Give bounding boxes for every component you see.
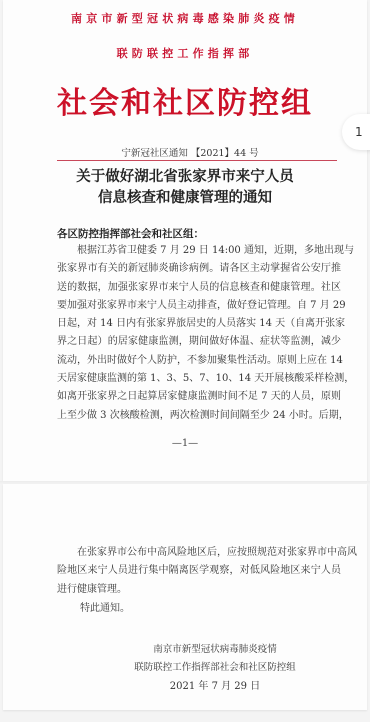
- salutation: 各区防控指挥部社会和社区组：: [57, 226, 204, 241]
- notice-title: 关于做好湖北省张家界市来宁人员 信息核查和健康管理的通知: [3, 166, 367, 208]
- body-line: 上至少做 3 次核酸检测，两次检测时间间隔至少 24 小时。后期，: [57, 407, 341, 425]
- current-page-number: 1: [355, 125, 363, 139]
- body-line: 日起，对 14 日内有张家界旅居史的人员落实 14 天（自离开张家: [57, 315, 341, 333]
- body-line: 险地区来宁人员进行集中隔离医学观察，对低风险地区来宁人员: [57, 562, 341, 580]
- body-line: 根据江苏省卫健委 7 月 29 日 14:00 通知，近期，多地出现与: [57, 242, 341, 260]
- body-text-page1: 根据江苏省卫健委 7 月 29 日 14:00 通知，近期，多地出现与 张家界市…: [57, 242, 341, 425]
- notice-title-line2: 信息核查和健康管理的通知: [3, 187, 367, 208]
- body-line: 送的数据，加强张家界市来宁人员的信息核查和健康管理。社区: [57, 279, 341, 297]
- signature-date: 2021 年 7 月 29 日: [3, 677, 367, 692]
- red-divider: [57, 160, 337, 161]
- body-line: 天居家健康监测的第 1、3、5、7、10、14 天开展核酸采样检测，: [57, 370, 341, 388]
- closing-text: 特此通知。: [80, 599, 130, 614]
- header-group-title: 社会和社区防控组: [3, 78, 367, 122]
- document-page-2: 在张家界市公布中高风险地区后，应按照规范对张家界市中高风 险地区来宁人员进行集中…: [3, 484, 367, 710]
- document-page-1: 南京市新型冠状病毒感染肺炎疫情 联防联控工作指挥部 社会和社区防控组 宁新冠社区…: [3, 0, 367, 482]
- document-number: 宁新冠社区通知 【2021】44 号: [3, 145, 367, 159]
- body-line: 界之日起）的居家健康监测，期间做好体温、症状等监测，减少: [57, 333, 341, 351]
- body-line: 进行健康管理。: [57, 581, 341, 599]
- notice-title-line1: 关于做好湖北省张家界市来宁人员: [3, 166, 367, 187]
- page-indicator-badge[interactable]: 1: [342, 114, 370, 150]
- header-org-line1: 南京市新型冠状病毒感染肺炎疫情: [3, 10, 367, 26]
- document-viewer: 南京市新型冠状病毒感染肺炎疫情 联防联控工作指挥部 社会和社区防控组 宁新冠社区…: [0, 0, 370, 722]
- signature-line1: 南京市新型冠状病毒肺炎疫情: [3, 641, 367, 655]
- body-line: 在张家界市公布中高风险地区后，应按照规范对张家界市中高风: [57, 544, 341, 562]
- body-line: 要加强对张家界市来宁人员主动排查，做好登记管理。自 7 月 29: [57, 297, 341, 315]
- body-line: 张家界市有关的新冠肺炎确诊病例。请各区主动掌握省公安厅推: [57, 260, 341, 278]
- body-line: 流动，外出时做好个人防护，不参加聚集性活动。原则上应在 14: [57, 352, 341, 370]
- header-org-line2: 联防联控工作指挥部: [3, 45, 367, 61]
- body-text-page2: 在张家界市公布中高风险地区后，应按照规范对张家界市中高风 险地区来宁人员进行集中…: [57, 544, 341, 599]
- page-number-footer: —1—: [3, 438, 367, 449]
- signature-line2: 联防联控工作指挥部社会和社区防控组: [3, 659, 367, 673]
- body-line: 如离开张家界之日起算居家健康监测时间不足 7 天的人员，原则: [57, 388, 341, 406]
